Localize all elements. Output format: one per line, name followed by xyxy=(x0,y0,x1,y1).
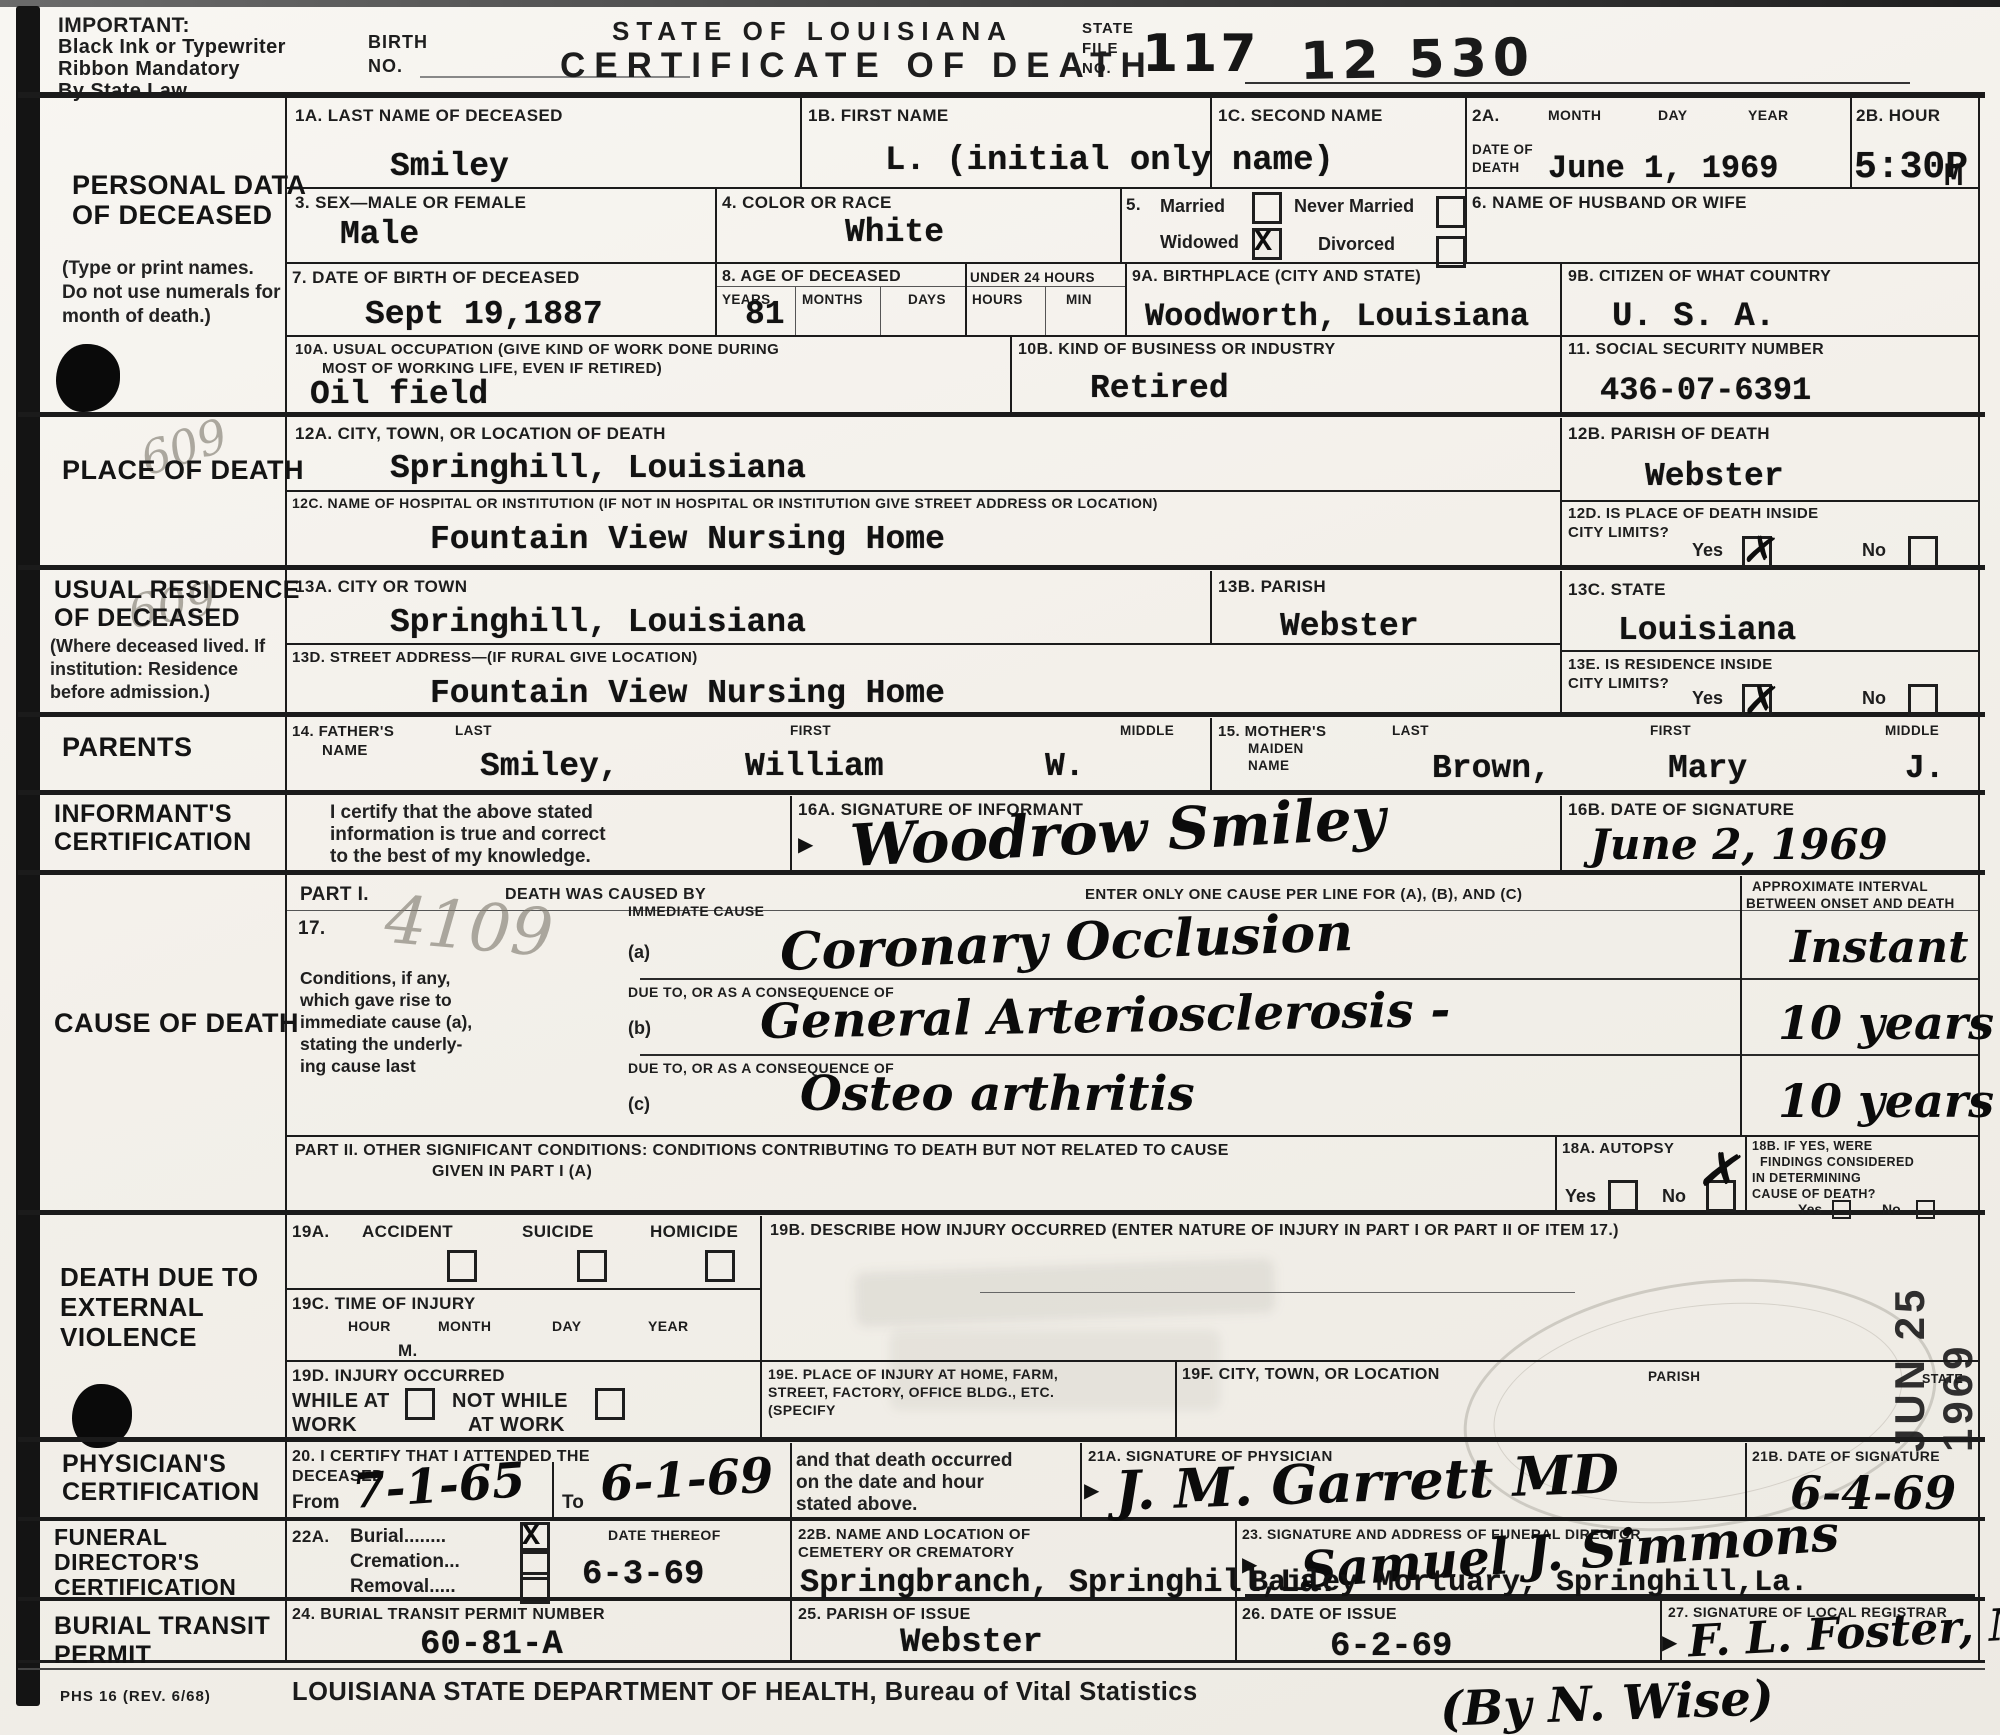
injury-writing-line xyxy=(980,1292,1575,1293)
section-physician: CERTIFICATION xyxy=(62,1478,260,1507)
grid-line xyxy=(285,98,287,1660)
field-12a-value: Springhill, Louisiana xyxy=(390,450,806,487)
grid-line xyxy=(1740,876,1742,1135)
grid-line xyxy=(1555,1135,1557,1210)
field-20-from-value: 7-1-65 xyxy=(350,1452,527,1520)
field-2a-value: June 1, 1969 xyxy=(1548,150,1778,187)
field-13e-yes-label: Yes xyxy=(1692,688,1723,709)
cause-a-interval: Instant xyxy=(1790,922,1969,973)
part1-label: PART I. xyxy=(300,884,369,906)
field-2a-year: YEAR xyxy=(1748,107,1789,123)
field-19e-label: 19E. PLACE OF INJURY AT HOME, FARM, xyxy=(768,1366,1058,1382)
field-20-from-label: From xyxy=(292,1492,340,1514)
footer-department: LOUISIANA STATE DEPARTMENT OF HEALTH, Bu… xyxy=(292,1678,1198,1707)
field-13d-label: 13D. STREET ADDRESS—(IF RURAL GIVE LOCAT… xyxy=(292,649,698,666)
section-cause-of-death: CAUSE OF DEATH xyxy=(54,1008,299,1039)
field-19a-suicide: SUICIDE xyxy=(522,1222,594,1242)
certificate-title: CERTIFICATE OF DEATH xyxy=(560,46,1155,86)
important-line: Ribbon Mandatory xyxy=(58,58,240,81)
field-19c-label: 19C. TIME OF INJURY xyxy=(292,1294,476,1314)
checkbox-never-married xyxy=(1436,196,1466,228)
field-14-first-value: William xyxy=(745,748,884,785)
field-15-first-label: FIRST xyxy=(1650,723,1691,738)
field-12c-label: 12C. NAME OF HOSPITAL OR INSTITUTION (IF… xyxy=(292,495,1158,511)
13e-yes-x-mark: ✗ xyxy=(1741,674,1783,727)
immediate-cause-label: IMMEDIATE CAUSE xyxy=(628,903,764,919)
section-physician: PHYSICIAN'S xyxy=(62,1450,226,1479)
grid-line xyxy=(800,98,802,187)
field-24-label: 24. BURIAL TRANSIT PERMIT NUMBER xyxy=(292,1606,605,1624)
grid-line xyxy=(1850,98,1852,187)
grid-line xyxy=(795,286,796,335)
grid-line xyxy=(285,490,1560,492)
section-residence-note: institution: Residence xyxy=(50,659,238,680)
grid-line xyxy=(1080,1443,1082,1517)
field-10b-label: 10B. KIND OF BUSINESS OR INDUSTRY xyxy=(1018,341,1336,359)
field-20-text: and that death occurred xyxy=(796,1450,1012,1472)
field-2a-num: 2A. xyxy=(1472,106,1500,126)
field-18b-label: IN DETERMINING xyxy=(1752,1171,1861,1185)
grid-line xyxy=(760,1216,762,1437)
field-19d-while2: WORK xyxy=(292,1414,357,1437)
grid-line xyxy=(880,286,881,335)
section-parents: PARENTS xyxy=(62,732,193,763)
field-21b-label: 21B. DATE OF SIGNATURE xyxy=(1752,1448,1940,1464)
death-certificate-scan: JUN 25 1969 609 609 IMPORTANT: Black Ink… xyxy=(0,0,2000,1735)
grid-line xyxy=(1210,718,1212,790)
from-to-divider xyxy=(552,1462,554,1517)
field-4-value: White xyxy=(845,214,944,251)
field-14-last-value: Smiley, xyxy=(480,748,619,785)
grid-line xyxy=(1560,418,1562,565)
cause-c-interval: 10 years xyxy=(1778,1074,1994,1128)
field-22a-cremation-label: Cremation... xyxy=(350,1551,460,1573)
field-19d-notwhile: NOT WHILE xyxy=(452,1390,568,1413)
field-2a-month: MONTH xyxy=(1548,107,1601,123)
field-10a-label: MOST OF WORKING LIFE, EVEN IF RETIRED) xyxy=(322,360,662,377)
section-burial-permit: PERMIT xyxy=(54,1641,151,1670)
field-14-last-label: LAST xyxy=(455,723,492,738)
grid-line xyxy=(285,1135,1978,1137)
section-personal-note: Do not use numerals for xyxy=(62,282,281,304)
checkbox-12d-no xyxy=(1908,536,1938,568)
field-10b-value: Retired xyxy=(1090,370,1229,407)
field-22a-num: 22A. xyxy=(292,1527,330,1547)
field-20-text: on the date and hour xyxy=(796,1472,984,1494)
checkbox-not-while-at-work xyxy=(595,1388,625,1420)
grid-line xyxy=(1010,335,1012,412)
checkbox-suicide xyxy=(577,1250,607,1282)
interval-header: BETWEEN ONSET AND DEATH xyxy=(1746,896,1955,911)
field-9b-value: U. S. A. xyxy=(1612,298,1775,336)
field-19c-m: M. xyxy=(398,1341,418,1361)
field-12b-value: Webster xyxy=(1645,458,1784,495)
field-2b-label: 2B. HOUR xyxy=(1856,106,1940,126)
checkbox-18a-yes xyxy=(1608,1180,1638,1212)
field-19c-year: YEAR xyxy=(648,1318,689,1334)
cause-a-value: Coronary Occlusion xyxy=(779,902,1354,983)
section-usual-residence: USUAL RESIDENCE xyxy=(54,576,300,605)
field-13e-label: CITY LIMITS? xyxy=(1568,675,1669,692)
checkbox-divorced xyxy=(1436,236,1466,268)
field-10a-value: Oil field xyxy=(310,376,488,413)
field-15-middle-value: J. xyxy=(1905,750,1945,787)
field-12b-label: 12B. PARISH OF DEATH xyxy=(1568,424,1770,444)
state-file-number: 117 xyxy=(1142,24,1260,84)
ink-blob xyxy=(56,344,120,412)
birth-no-label: BIRTH xyxy=(368,32,428,53)
grid-line xyxy=(285,1288,760,1290)
field-19d-while: WHILE AT xyxy=(292,1390,390,1413)
field-14-middle-label: MIDDLE xyxy=(1120,723,1174,738)
cause-b-interval: 10 years xyxy=(1778,996,1994,1050)
field-23-value: Bailey Mortuary, Springhill,La. xyxy=(1250,1566,1808,1600)
section-external-violence: DEATH DUE TO xyxy=(60,1262,259,1293)
field-20-text: stated above. xyxy=(796,1494,917,1516)
field-9a-value: Woodworth, Louisiana xyxy=(1145,298,1529,335)
grid-line xyxy=(1235,1601,1237,1660)
field-16b-label: 16B. DATE OF SIGNATURE xyxy=(1568,800,1794,820)
field-22b-label: CEMETERY OR CREMATORY xyxy=(798,1544,1014,1561)
field-15-name-label: NAME xyxy=(1248,758,1289,773)
section-personal-note: month of death.) xyxy=(62,306,211,328)
field-11-label: 11. SOCIAL SECURITY NUMBER xyxy=(1568,341,1824,359)
section-place-of-death: PLACE OF DEATH xyxy=(62,455,304,486)
grid-line xyxy=(1175,1360,1177,1437)
important-title: IMPORTANT: xyxy=(58,14,190,38)
field-19f-parish: PARISH xyxy=(1648,1369,1700,1384)
field-17-num: 17. xyxy=(298,918,326,940)
field-12c-value: Fountain View Nursing Home xyxy=(430,521,945,558)
field-9b-label: 9B. CITIZEN OF WHAT COUNTRY xyxy=(1568,268,1831,286)
checkbox-homicide xyxy=(705,1250,735,1282)
field-5-num: 5. xyxy=(1126,195,1141,215)
field-27-by-note: (By N. Wise) xyxy=(1439,1670,1774,1735)
section-residence-note: (Where deceased lived. If xyxy=(50,636,265,657)
scan-left-strip xyxy=(16,6,40,1706)
grid-line xyxy=(1560,335,1562,412)
grid-line xyxy=(790,1521,792,1597)
conditions-text: stating the underly- xyxy=(300,1034,462,1055)
field-24-value: 60-81-A xyxy=(420,1626,563,1664)
section-funeral-director: FUNERAL xyxy=(54,1524,167,1551)
field-26-value: 6-2-69 xyxy=(1330,1628,1452,1666)
cause-b-value: General Arteriosclerosis - xyxy=(760,982,1451,1050)
received-date-stamp: JUN 25 1969 xyxy=(1886,1222,1944,1452)
section-external-violence: EXTERNAL xyxy=(60,1292,204,1323)
grid-line xyxy=(18,565,1985,570)
field-19c-hour: HOUR xyxy=(348,1318,391,1334)
field-8-months-label: MONTHS xyxy=(802,292,863,307)
grid-line xyxy=(285,262,1978,264)
field-1c-label: 1C. SECOND NAME xyxy=(1218,106,1383,126)
field-13c-label: 13C. STATE xyxy=(1568,580,1666,600)
field-13c-value: Louisiana xyxy=(1618,612,1796,649)
grid-line xyxy=(285,1360,1978,1362)
grid-line xyxy=(1045,286,1046,335)
field-3-value: Male xyxy=(340,216,419,253)
field-22a-date-thereof: DATE THEREOF xyxy=(608,1527,721,1543)
field-14-name-label: NAME xyxy=(322,742,368,759)
field-8-label: 8. AGE OF DECEASED xyxy=(722,268,901,286)
field-15-last-value: Brown, xyxy=(1432,750,1551,787)
grid-line xyxy=(1745,1443,1747,1517)
field-2a-day: DAY xyxy=(1658,107,1687,123)
field-18a-yes-label: Yes xyxy=(1565,1186,1596,1207)
field-2b-meridiem: M xyxy=(1944,158,1963,195)
field-26-label: 26. DATE OF ISSUE xyxy=(1242,1606,1397,1624)
section-personal-data: PERSONAL DATA xyxy=(72,170,307,201)
field-5-widowed-label: Widowed xyxy=(1160,232,1239,253)
grid-line xyxy=(1210,571,1212,643)
grid-line xyxy=(1560,571,1562,712)
scan-top-edge xyxy=(0,0,2000,7)
grid-line xyxy=(18,92,1985,98)
field-8-under24-label: UNDER 24 HOURS xyxy=(970,270,1095,285)
field-14-first-label: FIRST xyxy=(790,723,831,738)
field-7-label: 7. DATE OF BIRTH OF DECEASED xyxy=(292,268,580,288)
informant-certify-text: to the best of my knowledge. xyxy=(330,846,591,868)
field-13a-label: 13A. CITY OR TOWN xyxy=(295,577,467,597)
cause-b-label: (b) xyxy=(628,1018,651,1039)
field-5-divorced-label: Divorced xyxy=(1318,234,1395,255)
field-19f-state: STATE xyxy=(1922,1372,1963,1386)
grid-line xyxy=(965,262,967,335)
cause-a-label: (a) xyxy=(628,942,650,963)
grid-line xyxy=(1560,262,1562,335)
pencil-code: 4109 xyxy=(382,881,556,972)
field-8-min-label: MIN xyxy=(1066,292,1092,307)
field-12d-no-label: No xyxy=(1862,540,1886,561)
field-22a-date-value: 6-3-69 xyxy=(582,1556,704,1594)
field-18b-no-label: No xyxy=(1882,1201,1901,1217)
informant-certify-text: information is true and correct xyxy=(330,824,606,846)
field-19c-month: MONTH xyxy=(438,1318,491,1334)
field-22b-label: 22B. NAME AND LOCATION OF xyxy=(798,1526,1031,1543)
grid-line xyxy=(1560,796,1562,870)
grid-line xyxy=(1560,500,1978,502)
18a-no-x-mark: ✗ xyxy=(1693,1138,1750,1207)
field-13b-value: Webster xyxy=(1280,608,1419,645)
field-18b-label: FINDINGS CONSIDERED xyxy=(1760,1155,1914,1169)
interval-header: APPROXIMATE INTERVAL xyxy=(1752,879,1928,894)
field-11-value: 436-07-6391 xyxy=(1600,372,1811,409)
field-12d-yes-label: Yes xyxy=(1692,540,1723,561)
cause-b-writing-line xyxy=(640,1054,1978,1056)
field-15-first-value: Mary xyxy=(1668,750,1747,787)
grid-line xyxy=(1560,650,1978,652)
field-19b-label: 19B. DESCRIBE HOW INJURY OCCURRED (ENTER… xyxy=(770,1222,1619,1240)
grid-line xyxy=(1120,187,1122,262)
field-15-label: 15. MOTHER'S xyxy=(1218,723,1326,740)
grid-line xyxy=(18,1210,1985,1215)
checkbox-18b-no xyxy=(1916,1200,1935,1219)
signature-arrow-icon: ▶ xyxy=(1084,1478,1099,1502)
field-18b-yes-label: Yes xyxy=(1798,1201,1822,1217)
grid-line xyxy=(285,187,1978,189)
field-10a-label: 10A. USUAL OCCUPATION (GIVE KIND OF WORK… xyxy=(295,341,779,358)
field-18a-no-label: No xyxy=(1662,1186,1686,1207)
field-19e-label: (SPECIFY xyxy=(768,1402,836,1418)
field-25-value: Webster xyxy=(900,1624,1043,1662)
field-22a-removal-label: Removal..... xyxy=(350,1576,456,1598)
checkbox-accident xyxy=(447,1250,477,1282)
field-20-to-value: 6-1-69 xyxy=(599,1447,775,1512)
grid-line xyxy=(1978,98,1980,1660)
section-funeral-director: CERTIFICATION xyxy=(54,1574,236,1601)
field-16a-signature: Woodrow Smiley xyxy=(849,784,1387,880)
field-2a-date-label: DEATH xyxy=(1472,160,1520,175)
field-22a-burial-label: Burial........ xyxy=(350,1526,446,1548)
field-18a-label: 18A. AUTOPSY xyxy=(1562,1140,1674,1157)
field-5-married-label: Married xyxy=(1160,196,1225,217)
field-19c-day: DAY xyxy=(552,1318,581,1334)
footer-form-number: PHS 16 (REV. 6/68) xyxy=(60,1688,211,1705)
field-3-label: 3. SEX—MALE OR FEMALE xyxy=(295,193,526,213)
field-8-days-label: DAYS xyxy=(908,292,946,307)
field-13e-label: 13E. IS RESIDENCE INSIDE xyxy=(1568,656,1773,673)
field-19a-accident: ACCIDENT xyxy=(362,1222,453,1242)
field-13a-value: Springhill, Louisiana xyxy=(390,604,806,641)
conditions-text: which gave rise to xyxy=(300,990,452,1011)
checkbox-removal xyxy=(520,1572,550,1604)
field-12d-label: 12D. IS PLACE OF DEATH INSIDE xyxy=(1568,505,1819,522)
field-14-middle-value: W. xyxy=(1045,748,1085,785)
field-1b-value: L. (initial only name) xyxy=(885,142,1334,180)
field-1a-value: Smiley xyxy=(390,148,509,185)
field-19f-label: 19F. CITY, TOWN, OR LOCATION xyxy=(1182,1366,1440,1384)
grid-line xyxy=(18,1437,1985,1442)
signature-arrow-icon: ▶ xyxy=(798,832,813,856)
grid-line xyxy=(18,790,1985,795)
cause-c-label: (c) xyxy=(628,1094,650,1115)
field-13e-no-label: No xyxy=(1862,688,1886,709)
field-18b-label: 18B. IF YES, WERE xyxy=(1752,1139,1873,1153)
field-12a-label: 12A. CITY, TOWN, OR LOCATION OF DEATH xyxy=(295,424,666,444)
section-external-violence: VIOLENCE xyxy=(60,1322,197,1353)
checkbox-18b-yes xyxy=(1832,1200,1851,1219)
conditions-text: immediate cause (a), xyxy=(300,1012,472,1033)
state-file-label: FILE xyxy=(1082,40,1119,57)
section-burial-permit: BURIAL TRANSIT xyxy=(54,1612,270,1641)
grid-line xyxy=(715,187,717,335)
field-25-label: 25. PARISH OF ISSUE xyxy=(798,1606,971,1624)
state-file-label: STATE xyxy=(1082,20,1134,37)
grid-line xyxy=(715,286,1125,287)
field-13d-value: Fountain View Nursing Home xyxy=(430,675,945,712)
grid-line xyxy=(18,1668,1985,1670)
birth-no-label: NO. xyxy=(368,56,403,77)
field-16b-value: June 2, 1969 xyxy=(1590,820,1888,869)
section-informant: CERTIFICATION xyxy=(54,828,252,857)
section-personal-note: (Type or print names. xyxy=(62,258,254,280)
field-6-label: 6. NAME OF HUSBAND OR WIFE xyxy=(1472,193,1747,213)
field-2a-date-label: DATE OF xyxy=(1472,142,1533,157)
field-8-value: 81 xyxy=(745,296,785,333)
field-19a-num: 19A. xyxy=(292,1222,330,1242)
important-line: Black Ink or Typewriter xyxy=(58,36,286,59)
field-19a-homicide: HOMICIDE xyxy=(650,1222,738,1242)
state-title: STATE OF LOUISIANA xyxy=(612,16,1013,47)
field-19d-notwhile2: AT WORK xyxy=(468,1414,565,1437)
field-12d-label: CITY LIMITS? xyxy=(1568,524,1669,541)
field-15-middle-label: MIDDLE xyxy=(1885,723,1939,738)
field-20-to-label: To xyxy=(562,1492,584,1514)
field-18b-label: CAUSE OF DEATH? xyxy=(1752,1187,1876,1201)
signature-arrow-icon: ▶ xyxy=(1662,1630,1677,1654)
field-4-label: 4. COLOR OR RACE xyxy=(722,193,892,213)
cause-c-value: Osteo arthritis xyxy=(800,1066,1195,1122)
part2-label: PART II. OTHER SIGNIFICANT CONDITIONS: C… xyxy=(295,1142,1229,1160)
state-file-label: NO. xyxy=(1082,60,1112,77)
file-no-underline xyxy=(1245,82,1910,84)
checkbox-married xyxy=(1252,192,1282,224)
field-1b-label: 1B. FIRST NAME xyxy=(808,106,949,126)
grid-line xyxy=(790,1443,792,1517)
field-14-label: 14. FATHER'S xyxy=(292,723,394,740)
field-19d-label: 19D. INJURY OCCURRED xyxy=(292,1366,505,1386)
conditions-text: Conditions, if any, xyxy=(300,968,450,989)
section-funeral-director: DIRECTOR'S xyxy=(54,1549,200,1576)
field-1a-label: 1A. LAST NAME OF DECEASED xyxy=(295,106,563,126)
field-7-value: Sept 19,1887 xyxy=(365,296,603,333)
field-9a-label: 9A. BIRTHPLACE (CITY AND STATE) xyxy=(1132,268,1421,286)
grid-line xyxy=(18,712,1985,717)
grid-line xyxy=(790,1601,792,1660)
section-residence-note: before admission.) xyxy=(50,682,210,703)
section-usual-residence: OF DECEASED xyxy=(54,604,240,633)
checkbox-13e-no xyxy=(1908,684,1938,716)
checkbox-while-at-work xyxy=(405,1388,435,1420)
field-15-maiden-label: MAIDEN xyxy=(1248,741,1304,756)
grid-line xyxy=(1125,262,1127,335)
informant-certify-text: I certify that the above stated xyxy=(330,802,593,824)
widowed-x-mark: X xyxy=(1254,226,1272,260)
conditions-text: ing cause last xyxy=(300,1056,416,1077)
field-15-last-label: LAST xyxy=(1392,723,1429,738)
field-8-hours-label: HOURS xyxy=(972,292,1023,307)
grid-line xyxy=(790,796,792,870)
section-informant: INFORMANT'S xyxy=(54,800,232,829)
part1-enter-only: ENTER ONLY ONE CAUSE PER LINE FOR (A), (… xyxy=(1085,886,1522,903)
field-19e-label: STREET, FACTORY, OFFICE BLDG., ETC. xyxy=(768,1384,1054,1400)
section-personal-data: OF DECEASED xyxy=(72,200,273,231)
field-13b-label: 13B. PARISH xyxy=(1218,577,1326,597)
field-5-never-married-label: Never Married xyxy=(1294,196,1414,217)
part2-label: GIVEN IN PART I (A) xyxy=(432,1163,592,1181)
